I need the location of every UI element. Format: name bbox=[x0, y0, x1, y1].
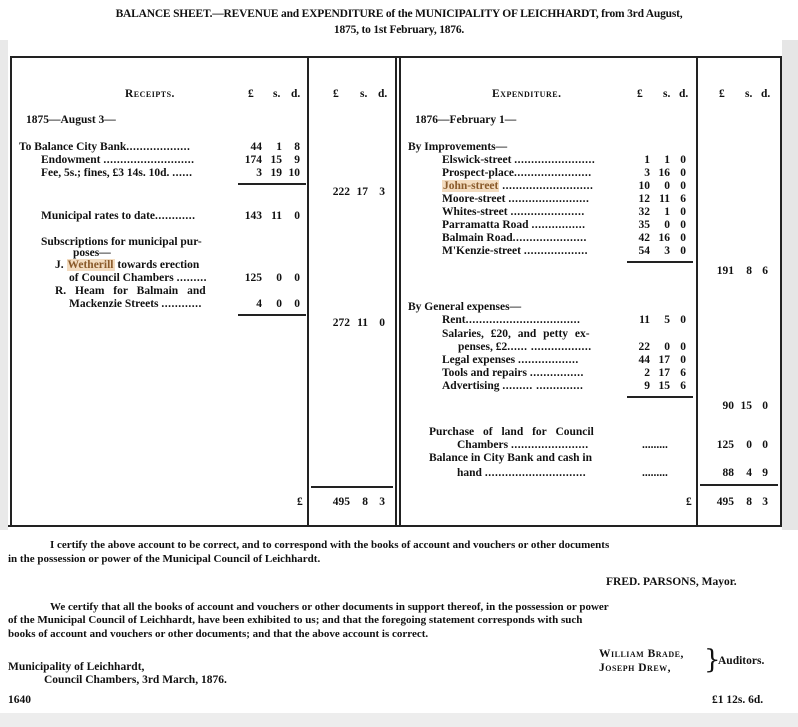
municipal-rates-label: Municipal rates to date............ bbox=[41, 210, 196, 223]
general-item-label: Rent.................................. bbox=[442, 314, 580, 327]
receipt-item-pounds: 3 bbox=[238, 167, 262, 180]
general-item-pounds: 9 bbox=[632, 380, 650, 393]
highlighted-name-wetherill: Wetherill bbox=[67, 259, 115, 271]
improvement-item-label: John-street ........................... bbox=[442, 180, 593, 193]
general-total-pounds: 90 bbox=[710, 400, 734, 413]
improvement-item-pence: 0 bbox=[674, 154, 686, 167]
receipt-item-pence: 8 bbox=[286, 141, 300, 154]
improvement-item-pounds: 10 bbox=[632, 180, 650, 193]
receipt-item-shillings: 19 bbox=[266, 167, 282, 180]
subtotal-underline bbox=[238, 183, 306, 185]
page-margin-bottom bbox=[0, 713, 798, 727]
receipt-item-pounds: 44 bbox=[238, 141, 262, 154]
general-item-shillings: 0 bbox=[654, 341, 670, 354]
receipt-item-label: To Balance City Bank................... bbox=[19, 141, 190, 154]
general-item-pence: 0 bbox=[674, 314, 686, 327]
land-purchase-label-cont: Chambers ....................... bbox=[457, 439, 589, 452]
general-item-pounds: 44 bbox=[632, 354, 650, 367]
improvements-heading: By Improvements— bbox=[408, 141, 507, 154]
improvement-item-shillings: 3 bbox=[654, 245, 670, 258]
receipts-col-shillings: s. bbox=[273, 88, 280, 101]
improvement-item-shillings: 16 bbox=[654, 167, 670, 180]
improvement-item-shillings: 1 bbox=[654, 206, 670, 219]
municipal-rates-shillings: 11 bbox=[266, 210, 282, 223]
improvement-item-pounds: 12 bbox=[632, 193, 650, 206]
receipt-item-shillings: 1 bbox=[266, 141, 282, 154]
receipt-item-pence: 9 bbox=[286, 154, 300, 167]
balance-label: Balance in City Bank and cash in bbox=[429, 452, 592, 465]
improvement-item-pence: 0 bbox=[674, 245, 686, 258]
expenditure-total-symbol: £ bbox=[686, 496, 692, 509]
grand-total-rule bbox=[311, 486, 393, 488]
general-item-pence: 0 bbox=[674, 341, 686, 354]
subscriptions-heading: Subscriptions for municipal pur- bbox=[41, 236, 202, 249]
balance-shillings: 4 bbox=[738, 467, 752, 480]
place-line-2: Council Chambers, 3rd March, 1876. bbox=[44, 674, 227, 687]
receipts-totals-col-pence: d. bbox=[378, 88, 387, 101]
land-purchase-dots: ......... bbox=[642, 439, 668, 452]
auditor-name-1: William Brade, bbox=[599, 648, 684, 661]
improvement-item-shillings: 0 bbox=[654, 180, 670, 193]
auditor-name-2: Joseph Drew, bbox=[599, 662, 671, 675]
general-item-shillings: 17 bbox=[654, 367, 670, 380]
center-double-line-b bbox=[399, 56, 401, 526]
receipts-subtotal2-pence: 0 bbox=[373, 317, 385, 330]
receipts-totals-col-shillings: s. bbox=[360, 88, 367, 101]
receipts-total-pounds: 495 bbox=[322, 496, 350, 509]
balance-pounds: 88 bbox=[710, 467, 734, 480]
auditor-certification-line-1: We certify that all the books of account… bbox=[50, 601, 609, 614]
receipts-col-pence: d. bbox=[291, 88, 300, 101]
improvement-item-pence: 0 bbox=[674, 180, 686, 193]
title-line-1: BALANCE SHEET.—REVENUE and EXPENDITURE o… bbox=[0, 6, 798, 22]
general-total-shillings: 15 bbox=[738, 400, 752, 413]
general-item-label-cont: penses, £2...... .................. bbox=[458, 341, 592, 354]
balance-dots: ......... bbox=[642, 467, 668, 480]
general-item-pounds: 2 bbox=[632, 367, 650, 380]
expenditure-date: 1876—February 1— bbox=[415, 114, 516, 127]
land-purchase-label: Purchase of land for Council bbox=[429, 426, 594, 439]
expenditure-totals-col-pence: d. bbox=[761, 88, 770, 101]
grand-total-rule bbox=[700, 484, 778, 486]
general-item-shillings: 15 bbox=[654, 380, 670, 393]
general-item-pence: 0 bbox=[674, 354, 686, 367]
center-double-line-a bbox=[395, 56, 397, 526]
expenditure-total-pence: 3 bbox=[756, 496, 768, 509]
land-purchase-shillings: 0 bbox=[738, 439, 752, 452]
improvement-item-pence: 0 bbox=[674, 206, 686, 219]
receipts-total-shillings: 8 bbox=[352, 496, 368, 509]
subtotal-underline bbox=[627, 261, 693, 263]
general-item-pounds: 22 bbox=[632, 341, 650, 354]
receipt-item-label: Endowment ........................... bbox=[41, 154, 194, 167]
auditor-certification-line-2: of the Municipal Council of Leichhardt, … bbox=[8, 614, 582, 627]
improvement-item-pence: 0 bbox=[674, 232, 686, 245]
general-item-label: Tools and repairs ................ bbox=[442, 367, 584, 380]
receipt-item-label: Fee, 5s.; fines, £3 14s. 10d. ...... bbox=[41, 167, 193, 180]
improvements-total-shillings: 8 bbox=[738, 265, 752, 278]
page-margin-right bbox=[782, 40, 798, 530]
auditors-label: Auditors. bbox=[718, 655, 764, 668]
left-border bbox=[10, 56, 12, 526]
improvement-item-label: Prospect-place....................... bbox=[442, 167, 592, 180]
balance-sheet-table: Receipts. £ s. d. £ s. d. 1875—August 3—… bbox=[10, 56, 782, 526]
receipts-subtotal2-shillings: 11 bbox=[352, 317, 368, 330]
title-line-2: 1875, to 1st February, 1876. bbox=[0, 22, 798, 38]
mayor-signature: FRED. PARSONS, Mayor. bbox=[606, 576, 737, 589]
expenditure-heading: Expenditure. bbox=[492, 88, 561, 101]
general-item-pounds: 11 bbox=[632, 314, 650, 327]
improvement-item-pounds: 54 bbox=[632, 245, 650, 258]
document-title: BALANCE SHEET.—REVENUE and EXPENDITURE o… bbox=[0, 6, 798, 38]
improvement-item-pounds: 1 bbox=[632, 154, 650, 167]
expenditure-col-pence: d. bbox=[679, 88, 688, 101]
wetherill-pence: 0 bbox=[286, 272, 300, 285]
place-line-1: Municipality of Leichhardt, bbox=[8, 661, 144, 674]
expenditure-total-pounds: 495 bbox=[710, 496, 734, 509]
improvement-item-label: Parramatta Road ................ bbox=[442, 219, 585, 232]
improvement-item-pounds: 32 bbox=[632, 206, 650, 219]
heam-line-2: Mackenzie Streets ............ bbox=[69, 298, 202, 311]
auditor-certification-line-3: books of account and vouchers or other d… bbox=[8, 628, 428, 641]
receipts-date: 1875—August 3— bbox=[26, 114, 116, 127]
improvement-item-label: Elswick-street ........................ bbox=[442, 154, 595, 167]
heam-line: R. Heam for Balmain and bbox=[55, 285, 206, 298]
wetherill-shillings: 0 bbox=[266, 272, 282, 285]
improvement-item-pence: 0 bbox=[674, 167, 686, 180]
improvement-item-label: Moore-street ........................ bbox=[442, 193, 589, 206]
general-item-label: Legal expenses .................. bbox=[442, 354, 579, 367]
heam-pounds: 4 bbox=[238, 298, 262, 311]
receipts-totals-col-pounds: £ bbox=[333, 88, 339, 101]
general-item-shillings: 17 bbox=[654, 354, 670, 367]
improvement-item-pounds: 3 bbox=[632, 167, 650, 180]
receipts-totals-divider bbox=[307, 56, 309, 526]
improvement-item-shillings: 11 bbox=[654, 193, 670, 206]
subtotal-underline bbox=[627, 396, 693, 398]
receipt-item-shillings: 15 bbox=[266, 154, 282, 167]
expenditure-total-shillings: 8 bbox=[738, 496, 752, 509]
expenditure-totals-col-pounds: £ bbox=[719, 88, 725, 101]
expenditure-totals-divider bbox=[696, 56, 698, 526]
improvement-item-shillings: 1 bbox=[654, 154, 670, 167]
expenditure-totals-col-shillings: s. bbox=[745, 88, 752, 101]
general-item-label: Salaries, £20, and petty ex- bbox=[442, 328, 590, 341]
mayor-certification-line-1: I certify the above account to be correc… bbox=[50, 539, 609, 552]
improvement-item-pence: 6 bbox=[674, 193, 686, 206]
wetherill-line: J. Wetherill towards erection bbox=[55, 259, 199, 272]
land-purchase-pence: 0 bbox=[756, 439, 768, 452]
subtotal-underline bbox=[238, 314, 306, 316]
heam-shillings: 0 bbox=[266, 298, 282, 311]
receipts-subtotal1-pence: 3 bbox=[373, 186, 385, 199]
land-purchase-pounds: 125 bbox=[710, 439, 734, 452]
highlighted-john-street: John-street bbox=[442, 180, 499, 192]
general-total-pence: 0 bbox=[756, 400, 768, 413]
municipal-rates-pounds: 143 bbox=[238, 210, 262, 223]
improvement-item-pence: 0 bbox=[674, 219, 686, 232]
wetherill-line-2: of Council Chambers ......... bbox=[69, 272, 207, 285]
general-expenses-heading: By General expenses— bbox=[408, 301, 521, 314]
receipt-item-pounds: 174 bbox=[238, 154, 262, 167]
right-border bbox=[780, 56, 782, 526]
receipts-total-symbol: £ bbox=[297, 496, 303, 509]
general-item-label: Advertising ......... .............. bbox=[442, 380, 583, 393]
receipts-col-pounds: £ bbox=[248, 88, 254, 101]
general-item-shillings: 5 bbox=[654, 314, 670, 327]
heam-pence: 0 bbox=[286, 298, 300, 311]
improvement-item-pounds: 42 bbox=[632, 232, 650, 245]
improvement-item-label: Whites-street ...................... bbox=[442, 206, 585, 219]
page-margin-left bbox=[0, 40, 8, 530]
expenditure-col-pounds: £ bbox=[637, 88, 643, 101]
improvement-item-shillings: 16 bbox=[654, 232, 670, 245]
receipts-total-pence: 3 bbox=[373, 496, 385, 509]
receipt-item-pence: 10 bbox=[286, 167, 300, 180]
receipts-subtotal2-pounds: 272 bbox=[322, 317, 350, 330]
wetherill-pounds: 125 bbox=[238, 272, 262, 285]
reference-number: 1640 bbox=[8, 694, 31, 707]
general-item-pence: 6 bbox=[674, 380, 686, 393]
balance-label-cont: hand .............................. bbox=[457, 467, 586, 480]
improvements-total-pence: 6 bbox=[756, 265, 768, 278]
improvement-item-pounds: 35 bbox=[632, 219, 650, 232]
receipts-heading: Receipts. bbox=[125, 88, 175, 101]
publication-cost: £1 12s. 6d. bbox=[712, 694, 763, 707]
receipts-subtotal1-shillings: 17 bbox=[352, 186, 368, 199]
expenditure-col-shillings: s. bbox=[663, 88, 670, 101]
mayor-certification-line-2: in the possession or power of the Munici… bbox=[8, 553, 320, 566]
improvement-item-label: Balmain Road...................... bbox=[442, 232, 587, 245]
balance-pence: 9 bbox=[756, 467, 768, 480]
municipal-rates-pence: 0 bbox=[286, 210, 300, 223]
improvements-total-pounds: 191 bbox=[710, 265, 734, 278]
improvement-item-shillings: 0 bbox=[654, 219, 670, 232]
receipts-subtotal1-pounds: 222 bbox=[322, 186, 350, 199]
improvement-item-label: M'Kenzie-street ................... bbox=[442, 245, 588, 258]
general-item-pence: 6 bbox=[674, 367, 686, 380]
